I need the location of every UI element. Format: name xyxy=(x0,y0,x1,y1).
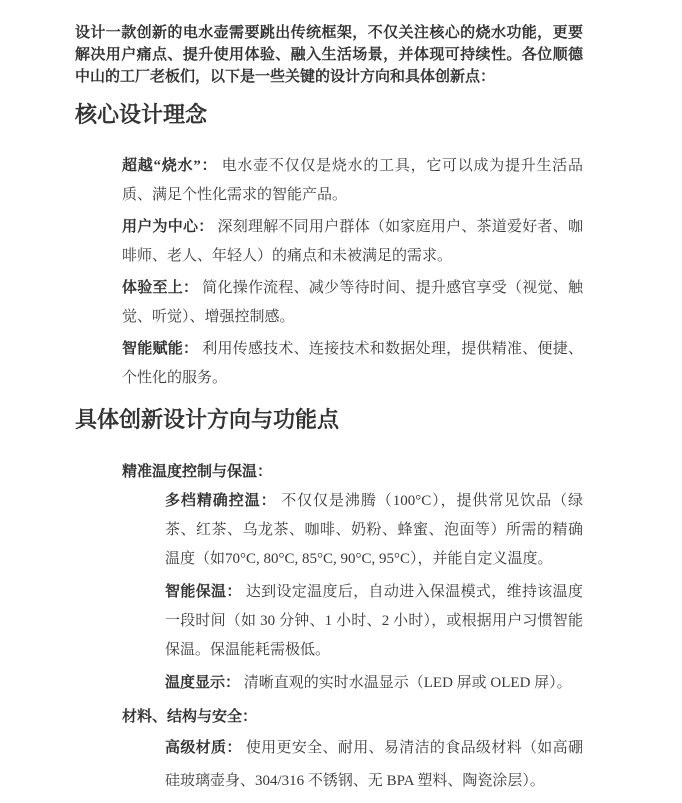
list-item: 高级材质： 使用更安全、耐用、易清洁的食品级材料（如高硼硅玻璃壶身、304/31… xyxy=(165,732,583,798)
group-label-text: 材料、结构与安全： xyxy=(122,709,257,725)
feature-group-materials: 材料、结构与安全： 高级材质： 使用更安全、耐用、易清洁的食品级材料（如高硼硅玻… xyxy=(122,702,583,798)
intro-paragraph: 设计一款创新的电水壶需要跳出传统框架，不仅关注核心的烧水功能，更要解决用户痛点、… xyxy=(75,22,583,88)
item-text: 清晰直观的实时水温显示（LED 屏或 OLED 屏）。 xyxy=(244,675,572,691)
list-item: 温度显示： 清晰直观的实时水温显示（LED 屏或 OLED 屏）。 xyxy=(165,669,583,698)
materials-feature-list: 高级材质： 使用更安全、耐用、易清洁的食品级材料（如高硼硅玻璃壶身、304/31… xyxy=(122,732,583,798)
temperature-feature-list: 多档精确控温： 不仅仅是沸腾（100°C），提供常见饮品（绿茶、红茶、乌龙茶、咖… xyxy=(122,487,583,698)
group-label: 材料、结构与安全： xyxy=(122,702,583,732)
core-principles-list: 超越“烧水”： 电水壶不仅仅是烧水的工具，它可以成为提升生活品质、满足个性化需求… xyxy=(75,152,583,393)
item-label: 体验至上： xyxy=(122,280,198,296)
item-label: 智能保温： xyxy=(165,584,242,600)
section-heading-core-design: 核心设计理念 xyxy=(75,100,583,130)
feature-group-temperature: 精准温度控制与保温： 多档精确控温： 不仅仅是沸腾（100°C），提供常见饮品（… xyxy=(122,457,583,698)
item-label: 温度显示： xyxy=(165,675,240,691)
section-heading-innovation-features: 具体创新设计方向与功能点 xyxy=(75,405,583,435)
list-item: 智能赋能： 利用传感技术、连接技术和数据处理，提供精准、便捷、个性化的服务。 xyxy=(122,335,583,393)
item-label: 多档精确控温： xyxy=(165,493,277,509)
list-item: 超越“烧水”： 电水壶不仅仅是烧水的工具，它可以成为提升生活品质、满足个性化需求… xyxy=(122,152,583,210)
feature-groups-list: 精准温度控制与保温： 多档精确控温： 不仅仅是沸腾（100°C），提供常见饮品（… xyxy=(75,457,583,798)
group-label: 精准温度控制与保温： xyxy=(122,457,583,487)
list-item: 用户为中心： 深刻理解不同用户群体（如家庭用户、茶道爱好者、咖啡师、老人、年轻人… xyxy=(122,213,583,271)
list-item: 体验至上： 简化操作流程、减少等待时间、提升感官享受（视觉、触觉、听觉）、增强控… xyxy=(122,274,583,332)
item-label: 高级材质： xyxy=(165,740,242,756)
document-page: 设计一款创新的电水壶需要跳出传统框架，不仅关注核心的烧水功能，更要解决用户痛点、… xyxy=(0,0,682,798)
list-item: 多档精确控温： 不仅仅是沸腾（100°C），提供常见饮品（绿茶、红茶、乌龙茶、咖… xyxy=(165,487,583,574)
item-label: 用户为中心： xyxy=(122,219,213,235)
item-label: 超越“烧水”： xyxy=(122,158,217,174)
group-label-text: 精准温度控制与保温： xyxy=(122,464,272,480)
list-item: 智能保温： 达到设定温度后，自动进入保温模式，维持该温度一段时间（如 30 分钟… xyxy=(165,578,583,665)
item-label: 智能赋能： xyxy=(122,341,198,357)
